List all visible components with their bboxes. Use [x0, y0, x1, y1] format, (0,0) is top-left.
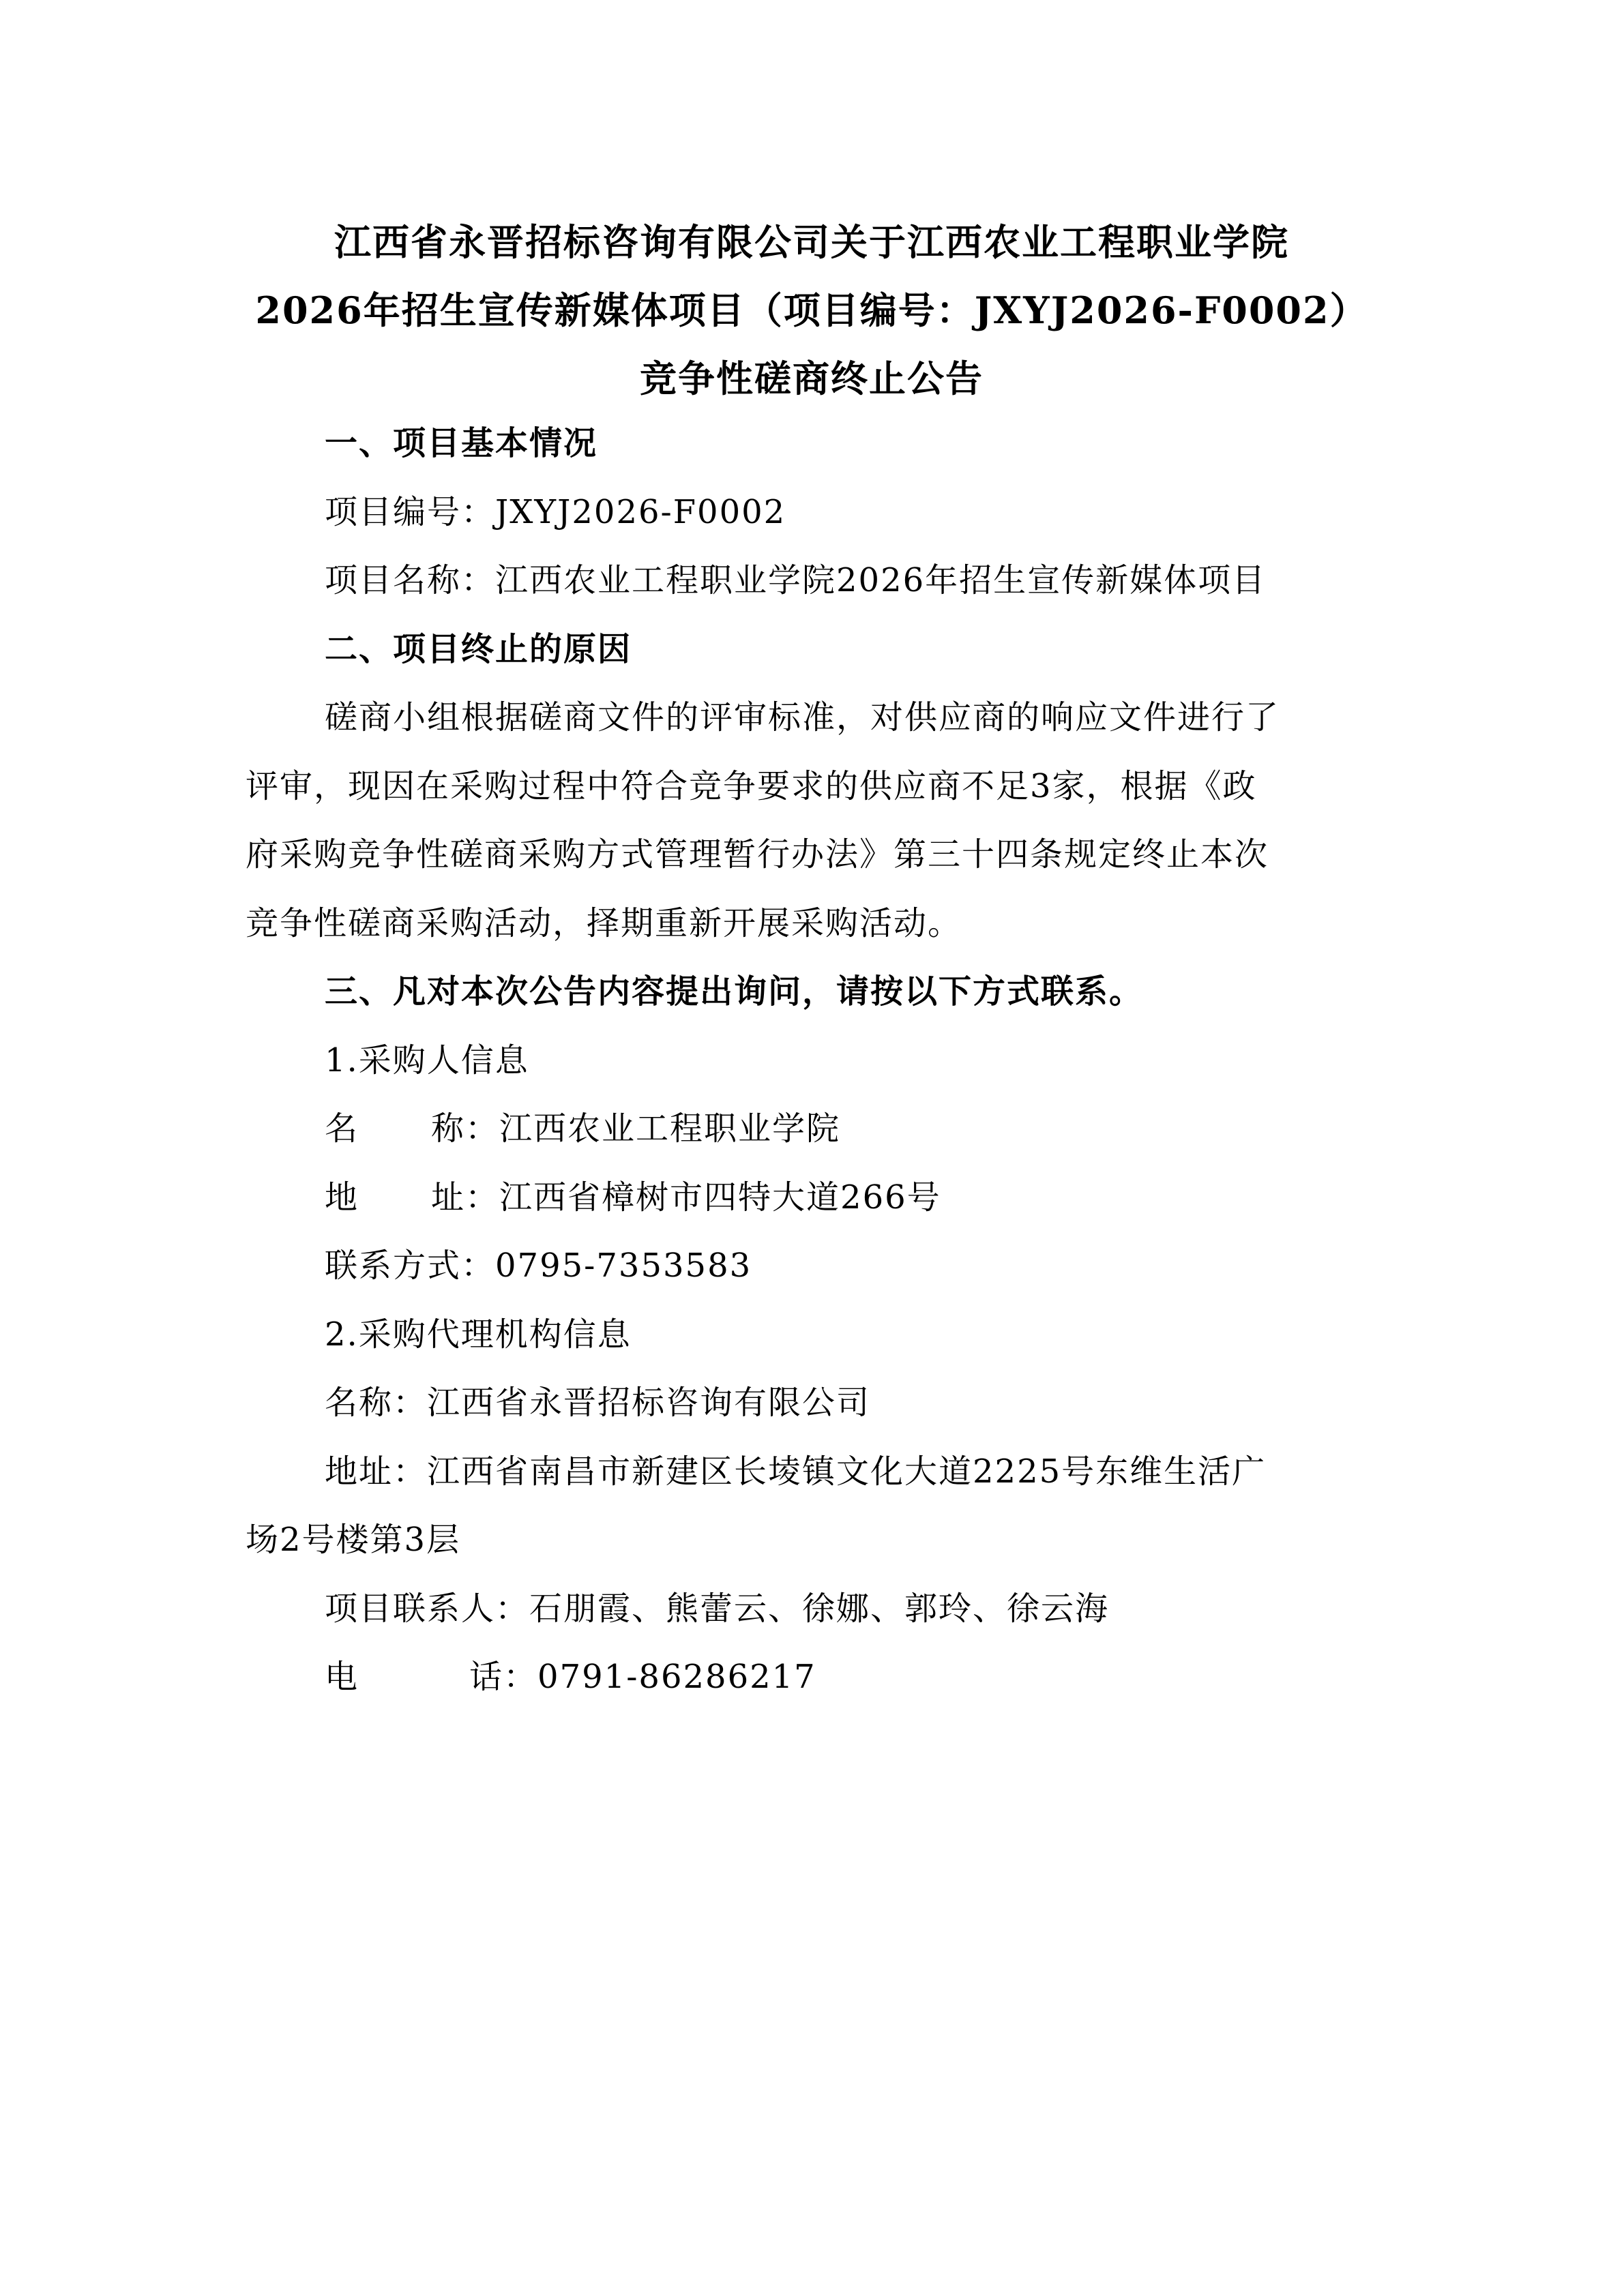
purchaser-contact-label: 联系方式：	[325, 1247, 495, 1285]
project-number-row: 项目编号：JXYJ2026-F0002	[246, 478, 1378, 547]
purchaser-name-label-b: 称：	[431, 1109, 499, 1148]
purchaser-contact-row: 联系方式：0795-7353583	[246, 1232, 1378, 1300]
reason-paragraph-line-4: 竞争性磋商采购活动，择期重新开展采购活动。	[246, 889, 1378, 958]
agency-phone-label-b: 话：	[469, 1658, 537, 1696]
purchaser-name-row: 名称：江西农业工程职业学院	[246, 1094, 1378, 1163]
purchaser-address-label-b: 址：	[431, 1178, 499, 1217]
agency-contacts-value: 石朋霞、熊蕾云、徐娜、郭玲、徐云海	[529, 1590, 1109, 1628]
title-line-3: 竞争性磋商终止公告	[246, 344, 1378, 413]
document-title: 江西省永晋招标咨询有限公司关于江西农业工程职业学院 2026年招生宣传新媒体项目…	[246, 208, 1378, 413]
project-number-value: JXYJ2026-F0002	[495, 493, 786, 531]
purchaser-name-label-a: 名	[325, 1109, 359, 1148]
reason-paragraph-line-2: 评审，现因在采购过程中符合竞争要求的供应商不足3家，根据《政	[246, 752, 1378, 821]
agency-phone-row: 电话：0791-86286217	[246, 1643, 1378, 1712]
purchaser-name-value: 江西农业工程职业学院	[499, 1109, 840, 1148]
document-body: 一、项目基本情况 项目编号：JXYJ2026-F0002 项目名称：江西农业工程…	[246, 409, 1378, 1712]
reason-paragraph-line-1: 磋商小组根据磋商文件的评审标准，对供应商的响应文件进行了	[246, 683, 1378, 752]
purchaser-contact-value: 0795-7353583	[495, 1247, 752, 1285]
agency-phone-label-a: 电	[325, 1658, 359, 1696]
title-line-2: 2026年招生宣传新媒体项目（项目编号：JXYJ2026-F0002）	[246, 276, 1378, 344]
agency-contacts-row: 项目联系人：石朋霞、熊蕾云、徐娜、郭玲、徐云海	[246, 1575, 1378, 1643]
agency-address-line2: 场2号楼第3层	[246, 1506, 1378, 1575]
agency-name-value: 江西省永晋招标咨询有限公司	[427, 1384, 870, 1422]
section3-heading: 三、凡对本次公告内容提出询问，请按以下方式联系。	[246, 957, 1378, 1026]
agency-name-row: 名称：江西省永晋招标咨询有限公司	[246, 1369, 1378, 1437]
section2-heading: 二、项目终止的原因	[246, 615, 1378, 684]
purchaser-heading: 1.采购人信息	[246, 1026, 1378, 1095]
project-name-label: 项目名称：	[325, 561, 495, 599]
purchaser-address-row: 地址：江西省樟树市四特大道266号	[246, 1163, 1378, 1232]
agency-contacts-label: 项目联系人：	[325, 1590, 529, 1628]
agency-phone-value: 0791-86286217	[537, 1658, 816, 1696]
agency-address-row: 地址：江西省南昌市新建区长堎镇文化大道2225号东维生活广	[246, 1437, 1378, 1506]
agency-name-label: 名称：	[325, 1384, 427, 1422]
project-name-value: 江西农业工程职业学院2026年招生宣传新媒体项目	[495, 561, 1266, 599]
title-line-1: 江西省永晋招标咨询有限公司关于江西农业工程职业学院	[246, 208, 1378, 276]
project-number-label: 项目编号：	[325, 493, 495, 531]
agency-address-label: 地址：	[325, 1452, 427, 1491]
section1-heading: 一、项目基本情况	[246, 409, 1378, 478]
document-page: 江西省永晋招标咨询有限公司关于江西农业工程职业学院 2026年招生宣传新媒体项目…	[0, 0, 1624, 2296]
purchaser-address-value: 江西省樟树市四特大道266号	[499, 1178, 941, 1217]
project-name-row: 项目名称：江西农业工程职业学院2026年招生宣传新媒体项目	[246, 546, 1378, 615]
agency-heading: 2.采购代理机构信息	[246, 1300, 1378, 1369]
reason-paragraph-line-3: 府采购竞争性磋商采购方式管理暂行办法》第三十四条规定终止本次	[246, 820, 1378, 889]
purchaser-address-label-a: 地	[325, 1178, 359, 1217]
agency-address-value-line1: 江西省南昌市新建区长堎镇文化大道2225号东维生活广	[427, 1452, 1266, 1491]
